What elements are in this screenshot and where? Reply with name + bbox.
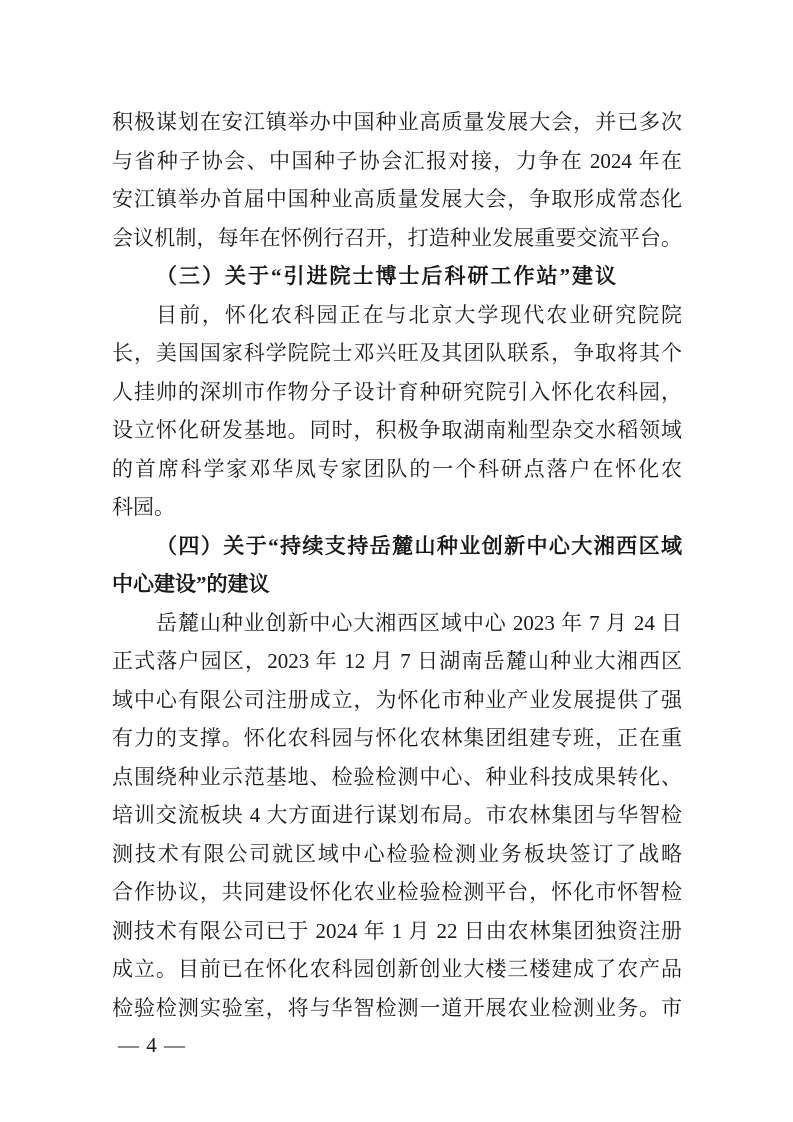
section4-paragraph-line: 成立。目前已在怀化农科园创新创业大楼三楼建成了农产品 (112, 950, 682, 989)
section3-heading: （三）关于“引进院士博士后科研工作站”建议 (112, 257, 682, 296)
section3-paragraph-line: 科园。 (112, 488, 682, 527)
continued-paragraph-line: 安江镇举办首届中国种业高质量发展大会，争取形成常态化 (112, 180, 682, 219)
section4-paragraph-line: 域中心有限公司注册成立，为怀化市种业产业发展提供了强 (112, 681, 682, 720)
document-page: 积极谋划在安江镇举办中国种业高质量发展大会，并已多次 与省种子协会、中国种子协会… (0, 0, 793, 1122)
section4-paragraph-line: 点围绕种业示范基地、检验检测中心、种业科技成果转化、 (112, 758, 682, 797)
section3-paragraph-line: 长，美国国家科学院院士邓兴旺及其团队联系，争取将其个 (112, 334, 682, 373)
page-number: — 4 — (118, 1033, 186, 1057)
section4-paragraph-line: 岳麓山种业创新中心大湘西区域中心 2023 年 7 月 24 日 (112, 604, 682, 643)
section4-paragraph-line: 测技术有限公司已于 2024 年 1 月 22 日由农林集团独资注册 (112, 912, 682, 951)
section4-paragraph-line: 检验检测实验室，将与华智检测一道开展农业检测业务。市 (112, 989, 682, 1028)
section4-paragraph-line: 有力的支撑。怀化农科园与怀化农林集团组建专班，正在重 (112, 719, 682, 758)
section3-paragraph-line: 人挂帅的深圳市作物分子设计育种研究院引入怀化农科园， (112, 373, 682, 412)
section3-paragraph-line: 目前，怀化农科园正在与北京大学现代农业研究院院 (112, 296, 682, 335)
section4-paragraph-line: 培训交流板块 4 大方面进行谋划布局。市农林集团与华智检 (112, 796, 682, 835)
continued-paragraph-line: 积极谋划在安江镇举办中国种业高质量发展大会，并已多次 (112, 103, 682, 142)
section4-heading-line: （四）关于“持续支持岳麓山种业创新中心大湘西区域 (112, 527, 682, 566)
section4-paragraph-line: 测技术有限公司就区域中心检验检测业务板块签订了战略 (112, 835, 682, 874)
page-footer: — 4 — (118, 1031, 186, 1059)
section4-heading-line: 中心建设”的建议 (112, 565, 682, 604)
section4-paragraph-line: 正式落户园区，2023 年 12 月 7 日湖南岳麓山种业大湘西区 (112, 642, 682, 681)
continued-paragraph-line: 与省种子协会、中国种子协会汇报对接，力争在 2024 年在 (112, 142, 682, 181)
continued-paragraph-line: 会议机制，每年在怀例行召开，打造种业发展重要交流平台。 (112, 219, 682, 258)
section3-paragraph-line: 设立怀化研发基地。同时，积极争取湖南籼型杂交水稻领域 (112, 411, 682, 450)
section3-paragraph-line: 的首席科学家邓华凤专家团队的一个科研点落户在怀化农 (112, 450, 682, 489)
section4-paragraph-line: 合作协议，共同建设怀化农业检验检测平台，怀化市怀智检 (112, 873, 682, 912)
document-body: 积极谋划在安江镇举办中国种业高质量发展大会，并已多次 与省种子协会、中国种子协会… (112, 103, 682, 1027)
